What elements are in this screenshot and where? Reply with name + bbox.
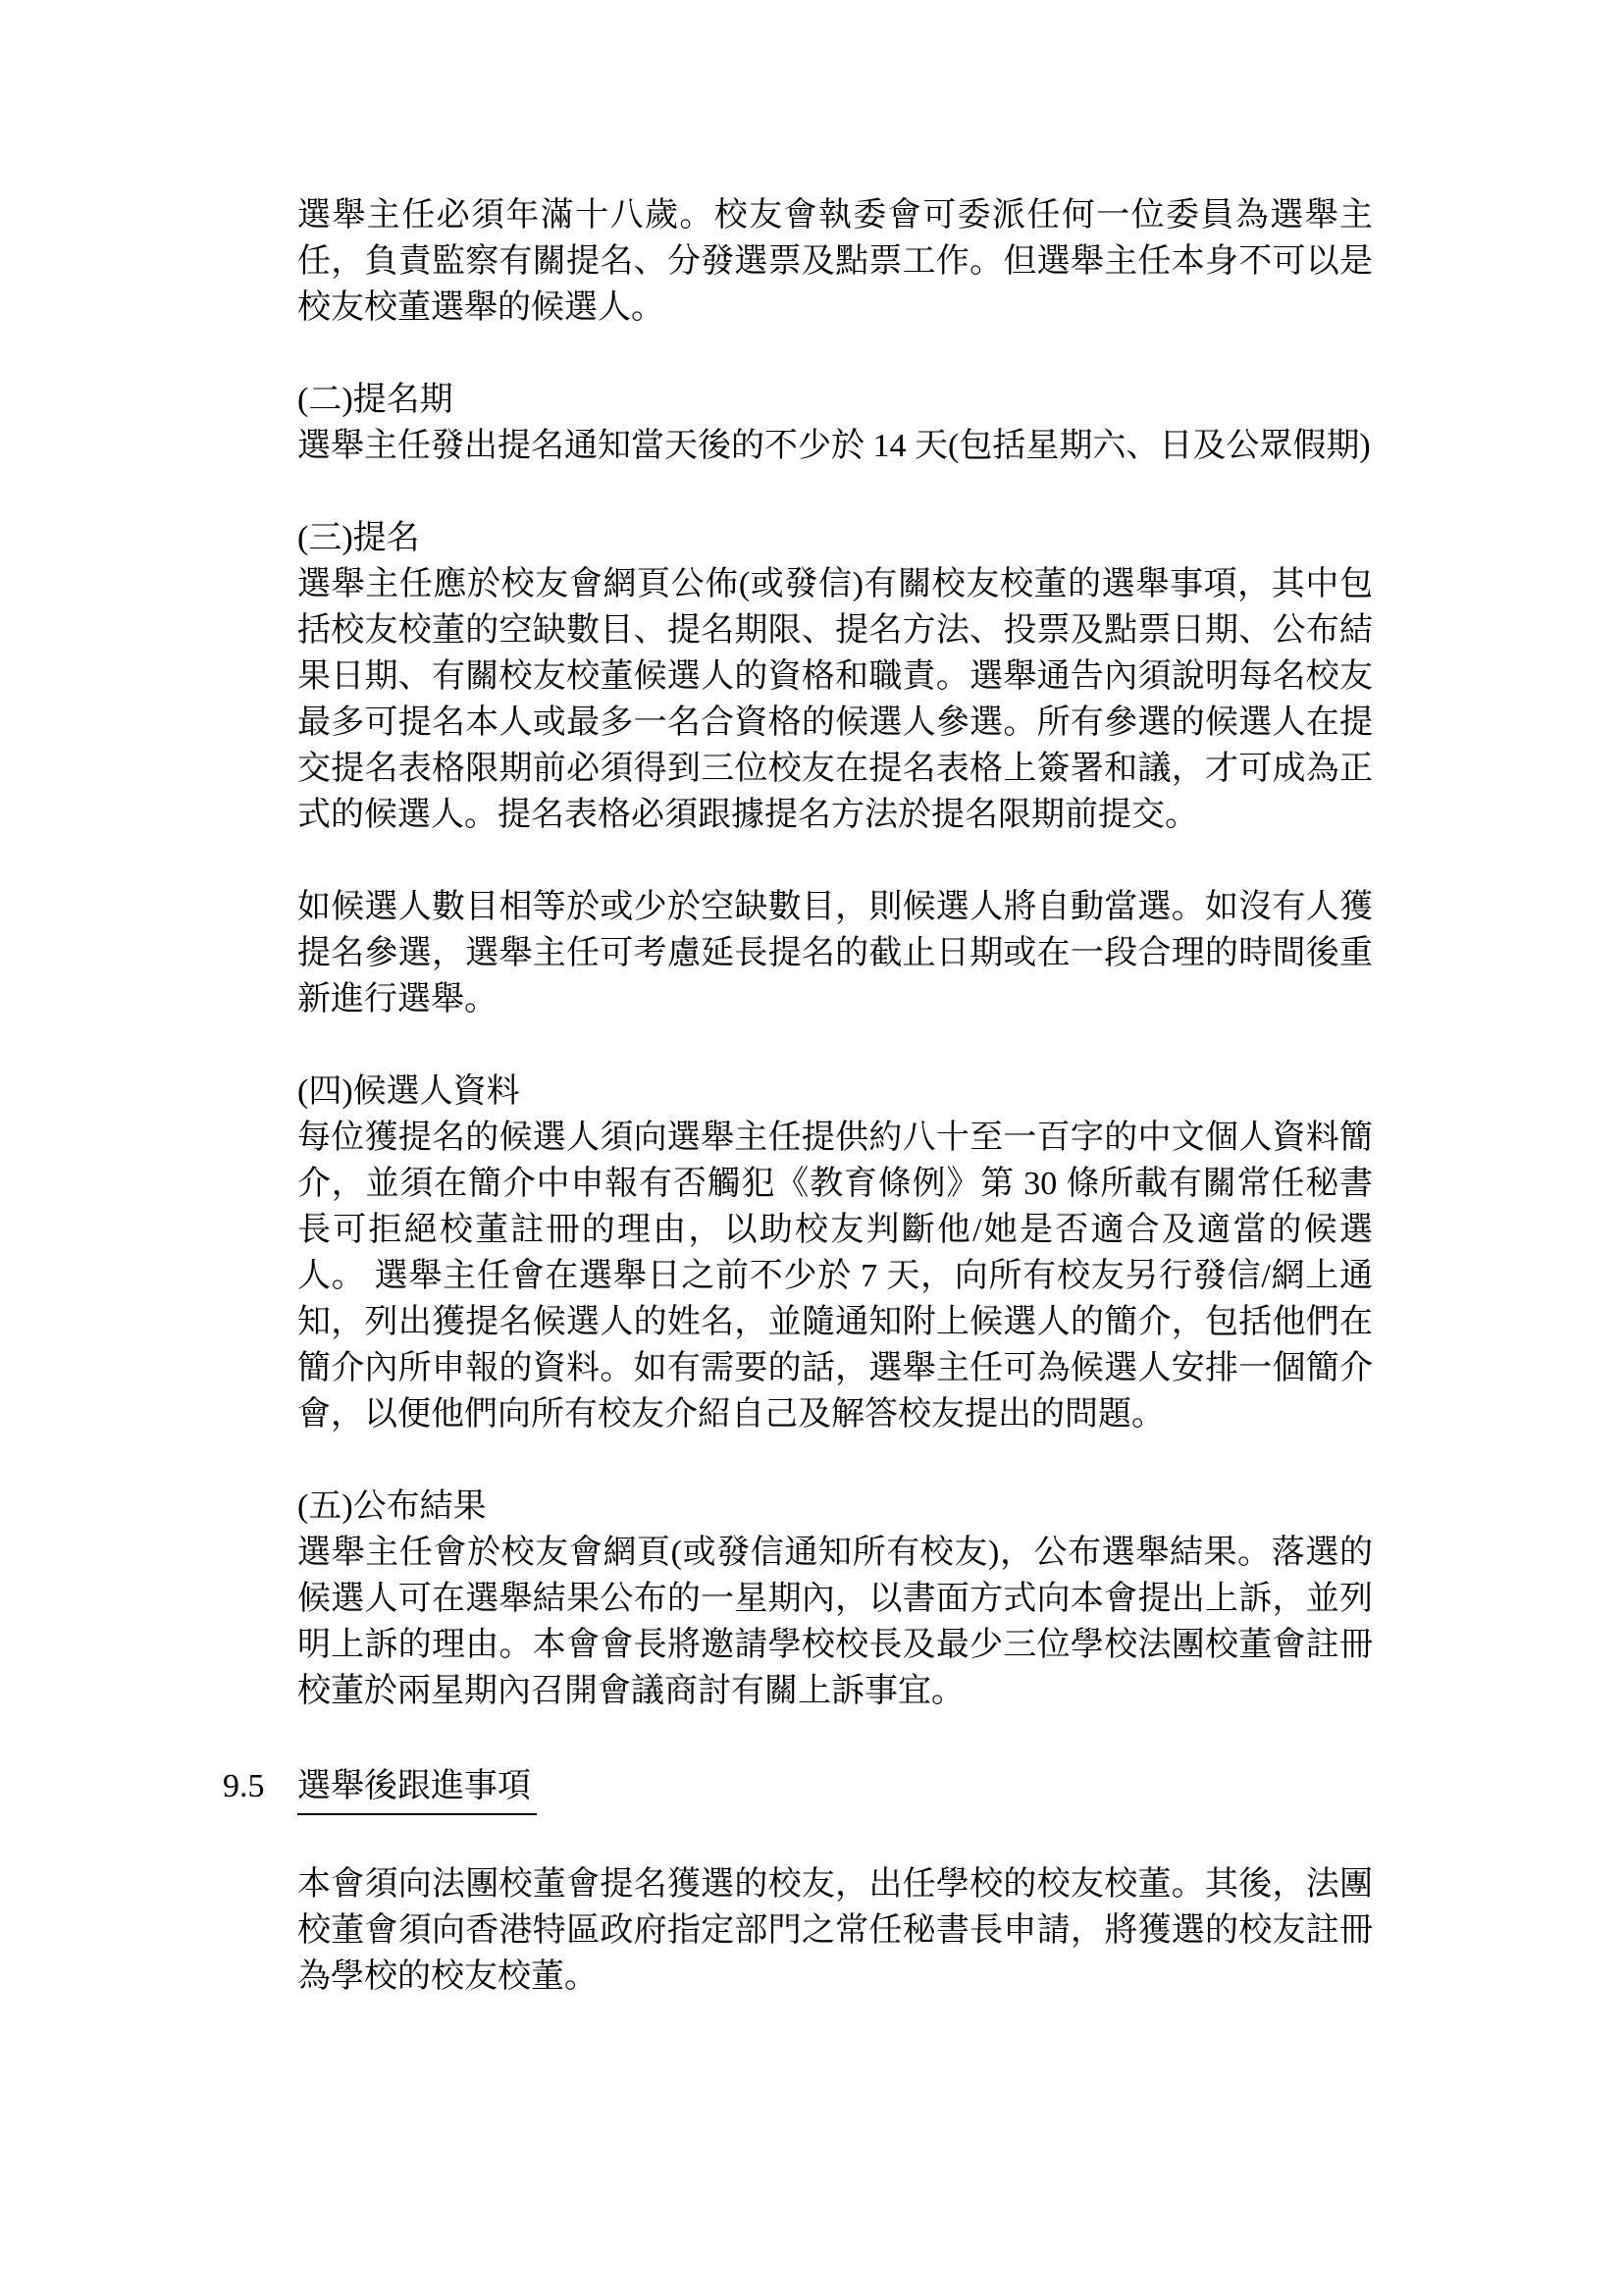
section-results: (五)公布結果 選舉主任會於校友會網頁(或發信通知所有校友)，公布選舉結果。落選… (297, 1484, 1373, 1714)
paragraph-nomination-period-body: 選舉主任發出提名通知當天後的不少於 14 天(包括星期六、日及公眾假期) (297, 423, 1373, 469)
section-heading-results: (五)公布結果 (297, 1484, 1373, 1530)
section-follow-up-heading-row: 9.5 選舉後跟進事項 (223, 1763, 1373, 1815)
section-heading-candidate-info: (四)候選人資料 (297, 1069, 1373, 1115)
section-nomination: (三)提名 選舉主任應於校友會網頁公佈(或發信)有關校友校董的選舉事項，其中包括… (297, 515, 1373, 838)
paragraph-follow-up-body: 本會須向法團校董會提名獲選的校友，出任學校的校友校董。其後，法團校董會須向香港特… (297, 1861, 1373, 2000)
paragraph-results-body: 選舉主任會於校友會網頁(或發信通知所有校友)，公布選舉結果。落選的候選人可在選舉… (297, 1530, 1373, 1714)
section-heading-follow-up: 選舉後跟進事項 (297, 1763, 537, 1815)
paragraph-nomination-body: 選舉主任應於校友會網頁公佈(或發信)有關校友校董的選舉事項，其中包括校友校董的空… (297, 561, 1373, 838)
paragraph-candidate-info-body: 每位獲提名的候選人須向選舉主任提供約八十至一百字的中文個人資料簡介，並須在簡介中… (297, 1115, 1373, 1437)
paragraph-auto-election-block: 如候選人數目相等於或少於空缺數目，則候選人將自動當選。如沒有人獲提名參選，選舉主… (297, 884, 1373, 1022)
section-number-9-5: 9.5 (223, 1763, 297, 1809)
section-nomination-period: (二)提名期 選舉主任發出提名通知當天後的不少於 14 天(包括星期六、日及公眾… (297, 377, 1373, 469)
document-page: 選舉主任必須年滿十八歲。校友會執委會可委派任何一位委員為選舉主任，負責監察有關提… (0, 0, 1624, 2295)
paragraph-auto-election: 如候選人數目相等於或少於空缺數目，則候選人將自動當選。如沒有人獲提名參選，選舉主… (297, 884, 1373, 1022)
section-heading-nomination: (三)提名 (297, 515, 1373, 561)
paragraph-election-officer-requirements: 選舉主任必須年滿十八歲。校友會執委會可委派任何一位委員為選舉主任，負責監察有關提… (297, 192, 1373, 331)
section-follow-up-body-block: 本會須向法團校董會提名獲選的校友，出任學校的校友校董。其後，法團校董會須向香港特… (297, 1861, 1373, 2000)
section-candidate-info: (四)候選人資料 每位獲提名的候選人須向選舉主任提供約八十至一百字的中文個人資料… (297, 1069, 1373, 1437)
section-heading-nomination-period: (二)提名期 (297, 377, 1373, 423)
